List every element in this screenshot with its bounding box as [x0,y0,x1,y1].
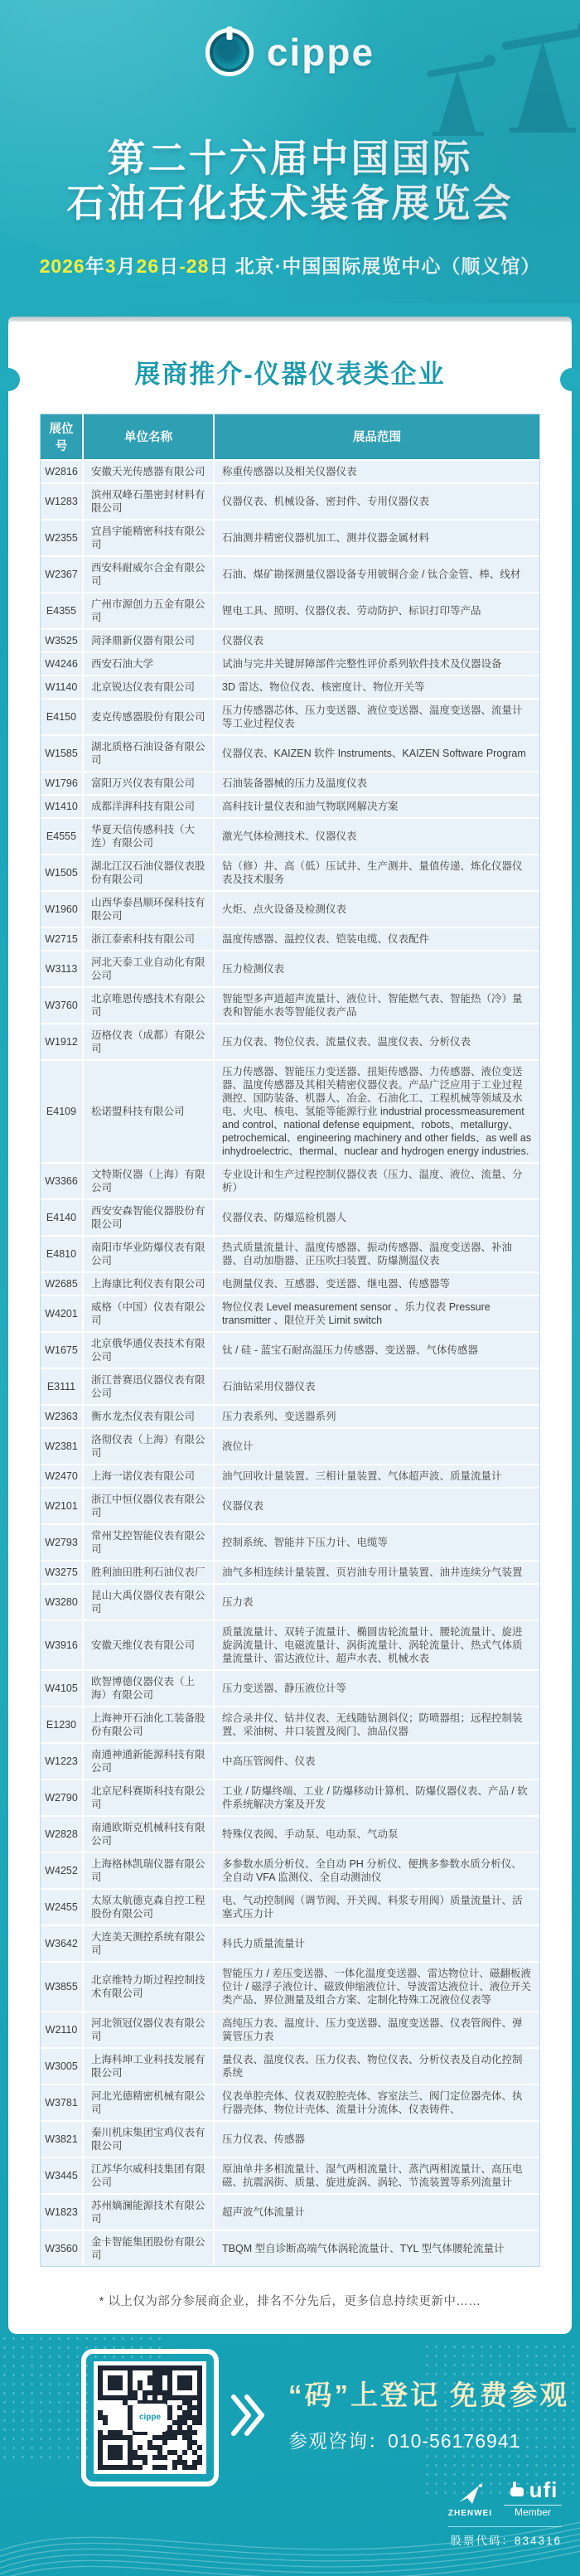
products-cell: 液位计 [215,1427,539,1464]
products-cell: 多参数水质分析仪、全自动 PH 分析仪、便携多参数水质分析仪、全自动 VFA 监… [215,1852,539,1888]
cippe-logo-text: cippe [267,30,375,75]
booth-cell: W1505 [41,854,84,890]
ufi-member-label: Member [504,2505,562,2518]
table-row: W1960 山西华泰昌顺环保科技有限公司 火炬、点火设备及检测仪表 [41,890,539,927]
products-cell: 量仪表、温度仪表、压力仪表、物位仪表、分析仪表及自动化控制系统 [215,2047,539,2084]
products-cell: 高科技计量仪表和油气物联网解决方案 [215,794,539,817]
table-row: W2101 浙江中恒仪器仪表有限公司 仪器仪表 [41,1487,539,1523]
products-cell: 物位仪表 Level measurement sensor 、乐力仪表 Pres… [215,1295,539,1331]
products-cell: 油气回收计量装置、三相计量装置、气体超声波、质量流量计 [215,1464,539,1487]
booth-cell: W3642 [41,1925,84,1961]
products-cell: 仪器仪表、KAIZEN 软件 Instruments、KAIZEN Softwa… [215,734,539,771]
company-cell: 上海神开石油化工装备股份有限公司 [84,1706,215,1742]
booth-cell: W4201 [41,1295,84,1331]
booth-cell: W3005 [41,2047,84,2084]
company-cell: 山西华泰昌顺环保科技有限公司 [84,890,215,927]
booth-cell: W2381 [41,1427,84,1464]
table-row: W2685 上海康比利仪表有限公司 电测量仪表、互感器、变送器、继电器、传感器等 [41,1271,539,1295]
table-row: W3280 昆山大禹仪器仪表有限公司 压力表 [41,1583,539,1620]
footer-text: “码”上登记 免费参观 参观咨询：010-56176941 [288,2374,569,2453]
table-row: W2470 上海一诺仪表有限公司 油气回收计量装置、三相计量装置、气体超声波、质… [41,1464,539,1487]
booth-cell: W3275 [41,1560,84,1583]
exhibitor-table-body: W2816 安徽天光传感器有限公司 称重传感器以及相关仪器仪表 W1283 滨州… [41,459,539,2266]
booth-cell: W4246 [41,651,84,675]
table-row: W3855 北京维特力斯过程控制技术有限公司 智能压力 / 差压变送器、一体化温… [41,1961,539,2011]
products-cell: 压力检测仪表 [215,950,539,986]
company-cell: 大连美天测控系统有限公司 [84,1925,215,1961]
booth-cell: W1585 [41,734,84,771]
company-cell: 西安科耐威尔合金有限公司 [84,555,215,592]
table-row: W2110 河北领冠仪器仪表有限公司 高纯压力表、温度计、压力变送器、温度变送器… [41,2011,539,2047]
table-row: E3111 浙江普赛迅仪器仪表有限公司 石油钻采用仪器仪表 [41,1368,539,1404]
table-row: W2355 宜昌宇能精密科技有限公司 石油测井精密仪器机加工、测井仪器金属材料 [41,519,539,555]
table-row: W4105 欧智博德仪器仪表（上海）有限公司 压力变送器、静压液位计等 [41,1669,539,1706]
company-cell: 洛彻仪表（上海）有限公司 [84,1427,215,1464]
table-row: W1675 北京俄华通仪表技术有限公司 钛 / 硅 - 蓝宝石耐高温压力传感器、… [41,1331,539,1368]
booth-cell: E4140 [41,1198,84,1235]
booth-cell: E4109 [41,1059,84,1162]
company-cell: 欧智博德仪器仪表（上海）有限公司 [84,1669,215,1706]
company-cell: 上海一诺仪表有限公司 [84,1464,215,1487]
company-cell: 安徽天光传感器有限公司 [84,459,215,482]
poster-page: { "colors": { "background_teal": "#1ea7b… [0,0,580,2576]
products-cell: 科氏力质量流量计 [215,1925,539,1961]
booth-cell: W3760 [41,986,84,1023]
booth-cell: E4150 [41,698,84,734]
booth-cell: W1140 [41,675,84,698]
products-cell: 压力表 [215,1583,539,1620]
table-row: W2790 北京尼科赛斯科技有限公司 工业 / 防爆终端、工业 / 防爆移动计算… [41,1779,539,1815]
company-cell: 麦克传感器股份有限公司 [84,698,215,734]
booth-cell: W2101 [41,1487,84,1523]
company-cell: 富阳万兴仪表有限公司 [84,771,215,794]
booth-cell: W1823 [41,2193,84,2230]
products-cell: TBQM 型自诊断高端气体涡轮流量计、TYL 型气体腰轮流量计 [215,2230,539,2266]
products-cell: 石油测井精密仪器机加工、测井仪器金属材料 [215,519,539,555]
date-segment: 北京·中国国际展览中心（顺义馆） [229,255,540,277]
company-cell: 衡水龙杰仪表有限公司 [84,1404,215,1427]
products-cell: 试油与完井关键屏障部件完整性评价系列软件技术及仪器设备 [215,651,539,675]
date-segment: 年 [85,255,105,277]
booth-cell: W2355 [41,519,84,555]
footer-main: cippe “码”上登记 免费参观 参观咨询：010-56176941 [0,2334,580,2486]
products-cell: 压力表系列、变送器系列 [215,1404,539,1427]
table-row: W1912 迈格仪表（成都）有限公司 压力仪表、物位仪表、流量仪表、温度仪表、分… [41,1023,539,1059]
products-cell: 原油单井多相流量计、湿气两相流量计、蒸汽两相流量计、高压电磁、抗震涡街、质量、旋… [215,2157,539,2193]
products-cell: 钛 / 硅 - 蓝宝石耐高温压力传感器、变送器、气体传感器 [215,1331,539,1368]
company-cell: 昆山大禹仪器仪表有限公司 [84,1583,215,1620]
company-cell: 北京锐达仪表有限公司 [84,675,215,698]
zhenwei-icon [456,2482,484,2507]
products-cell: 石油、煤矿勘探测量仪器设备专用铍铜合金 / 钛合金管、棒、线材 [215,555,539,592]
products-cell: 专业设计和生产过程控制仪器仪表（压力、温度、液位、流量、分析） [215,1162,539,1198]
company-cell: 北京唯恩传感技术有限公司 [84,986,215,1023]
booth-cell: W2828 [41,1815,84,1852]
table-row: W3642 大连美天测控系统有限公司 科氏力质量流量计 [41,1925,539,1961]
booth-cell: W1410 [41,794,84,817]
booth-cell: E4555 [41,817,84,854]
booth-cell: W3781 [41,2084,84,2120]
footer-logos: ZHENWEI ufi Member 股票代码：834316 [448,2477,562,2548]
table-row: W2455 太原太航德克森自控工程股份有限公司 电、气动控制阀（调节阀、开关阀、… [41,1888,539,1925]
table-row: E4555 华夏天信传感科技（大连）有限公司 激光气体检测技术、仪器仪表 [41,817,539,854]
booth-cell: W2455 [41,1888,84,1925]
booth-cell: E4810 [41,1235,84,1271]
register-slogan: “码”上登记 免费参观 [288,2374,569,2413]
consult-phone: 参观咨询：010-56176941 [288,2426,569,2453]
booth-cell: W2816 [41,459,84,482]
table-row: E4140 西安安森智能仪器股份有限公司 仪器仪表、防爆巡检机器人 [41,1198,539,1235]
products-cell: 石油装备器械的压力及温度仪表 [215,771,539,794]
table-row: W4252 上海格林凯瑞仪器有限公司 多参数水质分析仪、全自动 PH 分析仪、便… [41,1852,539,1888]
products-cell: 激光气体检测技术、仪器仪表 [215,817,539,854]
exhibitor-table: 展位号 单位名称 展品范围 W2816 安徽天光传感器有限公司 称重传感器以及相… [40,414,540,2267]
company-cell: 菏泽鼎新仪器有限公司 [84,628,215,651]
products-cell: 高纯压力表、温度计、压力变送器、温度变送器、仪表管阀件、弹簧管压力表 [215,2011,539,2047]
table-row: E4109 松诺盟科技有限公司 压力传感器、智能压力变送器、扭矩传感器、力传感器… [41,1059,539,1162]
booth-cell: W3280 [41,1583,84,1620]
card-title: 展商推介-仪器仪表类企业 [8,353,572,390]
products-cell: 仪器仪表 [215,1487,539,1523]
products-cell: 石油钻采用仪器仪表 [215,1368,539,1404]
products-cell: 综合录井仪、钻井仪表、无线随钻测斜仪；防喷器组；远程控制装置、采油树、井口装置及… [215,1706,539,1742]
company-cell: 浙江中恒仪器仪表有限公司 [84,1487,215,1523]
booth-cell: W1960 [41,890,84,927]
table-row: W3916 安徽天维仪表有限公司 质量流量计、双转子流量计、椭圆齿轮流量计、腰轮… [41,1620,539,1669]
booth-cell: W3445 [41,2157,84,2193]
company-cell: 太原太航德克森自控工程股份有限公司 [84,1888,215,1925]
company-cell: 江苏华尔威科技集团有限公司 [84,2157,215,2193]
booth-cell: W2715 [41,927,84,950]
table-row: W3560 金卡智能集团股份有限公司 TBQM 型自诊断高端气体涡轮流量计、TY… [41,2230,539,2266]
qr-frame: cippe [81,2349,219,2486]
table-row: W1410 成都洋湃科技有限公司 高科技计量仪表和油气物联网解决方案 [41,794,539,817]
booth-cell: W2470 [41,1464,84,1487]
company-cell: 金卡智能集团股份有限公司 [84,2230,215,2266]
table-row: W1505 湖北江汉石油仪器仪表股份有限公司 钻（修）井、高（低）压试井、生产测… [41,854,539,890]
products-cell: 智能压力 / 差压变送器、一体化温度变送器、雷达物位计、磁翻板液位计 / 磁浮子… [215,1961,539,2011]
products-cell: 火炬、点火设备及检测仪表 [215,890,539,927]
products-cell: 压力仪表、物位仪表、流量仪表、温度仪表、分析仪表 [215,1023,539,1059]
company-cell: 苏州嫡澜能源技术有限公司 [84,2193,215,2230]
products-cell: 中高压管阀件、仪表 [215,1742,539,1779]
company-cell: 滨州双峰石墨密封材料有限公司 [84,482,215,519]
table-row: W3760 北京唯恩传感技术有限公司 智能型多声道超声流量计、液位计、智能燃气表… [41,986,539,1023]
products-cell: 压力传感器、智能压力变送器、扭矩传感器、力传感器、液位变送器、温度传感器及其相关… [215,1059,539,1162]
table-row: E1230 上海神开石油化工装备股份有限公司 综合录井仪、钻井仪表、无线随钻测斜… [41,1706,539,1742]
company-cell: 广州市源创力五金有限公司 [84,592,215,628]
booth-cell: W3916 [41,1620,84,1669]
company-cell: 南通神通新能源科技有限公司 [84,1742,215,1779]
company-cell: 北京尼科赛斯科技有限公司 [84,1779,215,1815]
booth-cell: W1912 [41,1023,84,1059]
products-cell: 仪器仪表、机械设备、密封件、专用仪器仪表 [215,482,539,519]
company-cell: 北京维特力斯过程控制技术有限公司 [84,1961,215,2011]
booth-cell: W1283 [41,482,84,519]
card-notch-left [0,368,20,391]
table-row: E4150 麦克传感器股份有限公司 压力传感器芯体、压力变送器、液位变送器、温度… [41,698,539,734]
booth-cell: W3113 [41,950,84,986]
col-products: 展品范围 [215,414,539,459]
booth-cell: W3855 [41,1961,84,2011]
products-cell: 工业 / 防爆终端、工业 / 防爆移动计算机、防爆仪器仪表、产品 / 软件系统解… [215,1779,539,1815]
company-cell: 南通欧斯克机械科技有限公司 [84,1815,215,1852]
exhibition-title-line2: 石油石化技术装备展览会 [0,181,580,225]
table-row: W2793 常州艾控智能仪表有限公司 控制系统、智能井下压力计、电缆等 [41,1523,539,1560]
table-row: W1823 苏州嫡澜能源技术有限公司 超声波气体流量计 [41,2193,539,2230]
products-cell: 锂电工具、照明、仪器仪表、劳动防护、标识打印等产品 [215,592,539,628]
products-cell: 超声波气体流量计 [215,2193,539,2230]
booth-cell: W3525 [41,628,84,651]
exhibition-title: 第二十六届中国国际 石油石化技术装备展览会 [0,136,580,226]
company-cell: 西安石油大学 [84,651,215,675]
company-cell: 浙江普赛迅仪器仪表有限公司 [84,1368,215,1404]
company-cell: 成都洋湃科技有限公司 [84,794,215,817]
booth-cell: W3821 [41,2120,84,2157]
table-row: E4810 南阳市华业防爆仪表有限公司 热式质量流量计、温度传感器、振动传感器、… [41,1235,539,1271]
company-cell: 河北光德精密机械有限公司 [84,2084,215,2120]
table-row: W1283 滨州双峰石墨密封材料有限公司 仪器仪表、机械设备、密封件、专用仪器仪… [41,482,539,519]
table-row: W3781 河北光德精密机械有限公司 仪表单腔壳体、仪表双腔腔壳体、容室法兰、阀… [41,2084,539,2120]
col-booth: 展位号 [41,414,84,459]
qr-center-label: cippe [133,2404,167,2432]
products-cell: 压力变送器、静压液位计等 [215,1669,539,1706]
date-segment: 2026 [40,255,85,277]
booth-cell: E3111 [41,1368,84,1404]
table-row: W2715 浙江泰索科技有限公司 温度传感器、温控仪表、铠装电缆、仪表配件 [41,927,539,950]
date-segment: 3 [105,255,117,277]
table-row: W3821 秦川机床集团宝鸡仪表有限公司 压力仪表、传感器 [41,2120,539,2157]
company-cell: 北京俄华通仪表技术有限公司 [84,1331,215,1368]
booth-cell: W1796 [41,771,84,794]
booth-cell: E1230 [41,1706,84,1742]
table-row: W3366 文特斯仪器（上海）有限公司 专业设计和生产过程控制仪器仪表（压力、温… [41,1162,539,1198]
company-cell: 常州艾控智能仪表有限公司 [84,1523,215,1560]
products-cell: 温度传感器、温控仪表、铠装电缆、仪表配件 [215,927,539,950]
company-cell: 上海科坤工业科技发展有限公司 [84,2047,215,2084]
products-cell: 称重传感器以及相关仪器仪表 [215,459,539,482]
date-segment: 月 [117,255,137,277]
footer: cippe “码”上登记 免费参观 参观咨询：010-56176941 [0,2334,580,2576]
date-segment: 日 [159,255,179,277]
cippe-logo-icon [205,28,254,76]
booth-cell: W4105 [41,1669,84,1706]
ufi-logo: ufi Member [504,2477,562,2518]
zhenwei-logo: ZHENWEI [448,2482,492,2518]
products-cell: 油气多相连续计量装置、页岩油专用计量装置、油井连续分气装置 [215,1560,539,1583]
booth-cell: W2790 [41,1779,84,1815]
date-segment: -28 [179,255,209,277]
table-row: W3113 河北天泰工业自动化有限公司 压力检测仪表 [41,950,539,986]
table-row: W4246 西安石油大学 试油与完井关键屏障部件完整性评价系列软件技术及仪器设备 [41,651,539,675]
table-row: W2367 西安科耐威尔合金有限公司 石油、煤矿勘探测量仪器设备专用铍铜合金 /… [41,555,539,592]
header: cippe 第二十六届中国国际 石油石化技术装备展览会 2026年3月26日-2… [0,0,580,303]
cippe-logo: cippe [0,28,580,76]
products-cell: 控制系统、智能井下压力计、电缆等 [215,1523,539,1560]
table-row: W2363 衡水龙杰仪表有限公司 压力表系列、变送器系列 [41,1404,539,1427]
products-cell: 电测量仪表、互感器、变送器、继电器、传感器等 [215,1271,539,1295]
products-cell: 压力仪表、传感器 [215,2120,539,2157]
col-company: 单位名称 [84,414,215,459]
exhibitor-card: 展商推介-仪器仪表类企业 展位号 单位名称 展品范围 W2816 安徽天光传感器… [8,317,572,2334]
products-cell: 仪器仪表、防爆巡检机器人 [215,1198,539,1235]
zhenwei-label: ZHENWEI [448,2509,492,2518]
products-cell: 质量流量计、双转子流量计、椭圆齿轮流量计、腰轮流量计、旋进旋涡流量计、电磁流量计… [215,1620,539,1669]
booth-cell: W2363 [41,1404,84,1427]
date-segment: 26 [137,255,160,277]
table-row: W3445 江苏华尔威科技集团有限公司 原油单井多相流量计、湿气两相流量计、蒸汽… [41,2157,539,2193]
table-row: W1140 北京锐达仪表有限公司 3D 雷达、物位仪表、核密度计、物位开关等 [41,675,539,698]
booth-cell: W4252 [41,1852,84,1888]
table-row: W3275 胜利油田胜利石油仪表厂 油气多相连续计量装置、页岩油专用计量装置、油… [41,1560,539,1583]
company-cell: 河北领冠仪器仪表有限公司 [84,2011,215,2047]
company-cell: 南阳市华业防爆仪表有限公司 [84,1235,215,1271]
company-cell: 迈格仪表（成都）有限公司 [84,1023,215,1059]
table-row: W3525 菏泽鼎新仪器有限公司 仪器仪表 [41,628,539,651]
table-row: W1796 富阳万兴仪表有限公司 石油装备器械的压力及温度仪表 [41,771,539,794]
table-row: W2381 洛彻仪表（上海）有限公司 液位计 [41,1427,539,1464]
products-cell: 仪器仪表 [215,628,539,651]
booth-cell: W2110 [41,2011,84,2047]
booth-cell: W2793 [41,1523,84,1560]
booth-cell: W3560 [41,2230,84,2266]
company-cell: 上海康比利仪表有限公司 [84,1271,215,1295]
products-cell: 智能型多声道超声流量计、液位计、智能燃气表、智能热（冷）量表和智能水表等智能仪表… [215,986,539,1023]
company-cell: 浙江泰索科技有限公司 [84,927,215,950]
company-cell: 松诺盟科技有限公司 [84,1059,215,1162]
company-cell: 上海格林凯瑞仪器有限公司 [84,1852,215,1888]
company-cell: 宜昌宇能精密科技有限公司 [84,519,215,555]
products-cell: 3D 雷达、物位仪表、核密度计、物位开关等 [215,675,539,698]
table-header-row: 展位号 单位名称 展品范围 [41,414,539,459]
company-cell: 华夏天信传感科技（大连）有限公司 [84,817,215,854]
products-cell: 仪表单腔壳体、仪表双腔腔壳体、容室法兰、阀门定位器壳体、执行器壳体、物位计壳体、… [215,2084,539,2120]
products-cell: 压力传感器芯体、压力变送器、液位变送器、温度变送器、流量计等工业过程仪表 [215,698,539,734]
table-row: W1223 南通神通新能源科技有限公司 中高压管阀件、仪表 [41,1742,539,1779]
table-row: W3005 上海科坤工业科技发展有限公司 量仪表、温度仪表、压力仪表、物位仪表、… [41,2047,539,2084]
exhibition-title-line1: 第二十六届中国国际 [0,136,580,181]
products-cell: 电、气动控制阀（调节阀、开关阀、料浆专用阀）质量流量计、活塞式压力计 [215,1888,539,1925]
card-notch-right [560,368,580,391]
company-cell: 威格（中国）仪表有限公司 [84,1295,215,1331]
company-cell: 河北天泰工业自动化有限公司 [84,950,215,986]
company-cell: 湖北质格石油设备有限公司 [84,734,215,771]
booth-cell: W3366 [41,1162,84,1198]
footnote: * 以上仅为部分参展商企业，排名不分先后，更多信息持续更新中…… [8,2292,572,2309]
company-cell: 湖北江汉石油仪器仪表股份有限公司 [84,854,215,890]
table-row: E4355 广州市源创力五金有限公司 锂电工具、照明、仪器仪表、劳动防护、标识打… [41,592,539,628]
ufi-text: ufi [529,2477,558,2503]
company-cell: 安徽天维仪表有限公司 [84,1620,215,1669]
table-row: W1585 湖北质格石油设备有限公司 仪器仪表、KAIZEN 软件 Instru… [41,734,539,771]
booth-cell: W2367 [41,555,84,592]
date-line: 2026年3月26日-28日 北京·中国国际展览中心（顺义馆） [0,251,580,303]
company-cell: 胜利油田胜利石油仪表厂 [84,1560,215,1583]
products-cell: 热式质量流量计、温度传感器、振动传感器、温度变送器、补油器、自动加脂器、正压吹扫… [215,1235,539,1271]
table-row: W4201 威格（中国）仪表有限公司 物位仪表 Level measuremen… [41,1295,539,1331]
company-cell: 文特斯仪器（上海）有限公司 [84,1162,215,1198]
company-cell: 西安安森智能仪器股份有限公司 [84,1198,215,1235]
products-cell: 钻（修）井、高（低）压试井、生产测井、量值传递、炼化仪器仪表及技术服务 [215,854,539,890]
booth-cell: W1223 [41,1742,84,1779]
table-row: W2816 安徽天光传感器有限公司 称重传感器以及相关仪器仪表 [41,459,539,482]
ufi-hand-icon [508,2481,526,2499]
chevron-right-icon [229,2392,265,2438]
booth-cell: E4355 [41,592,84,628]
stock-code: 股票代码：834316 [448,2526,562,2548]
company-cell: 秦川机床集团宝鸡仪表有限公司 [84,2120,215,2157]
booth-cell: W1675 [41,1331,84,1368]
date-segment: 日 [209,255,229,277]
table-row: W2828 南通欧斯克机械科技有限公司 特殊仪表阀、手动泵、电动泵、气动泵 [41,1815,539,1852]
products-cell: 特殊仪表阀、手动泵、电动泵、气动泵 [215,1815,539,1852]
booth-cell: W2685 [41,1271,84,1295]
